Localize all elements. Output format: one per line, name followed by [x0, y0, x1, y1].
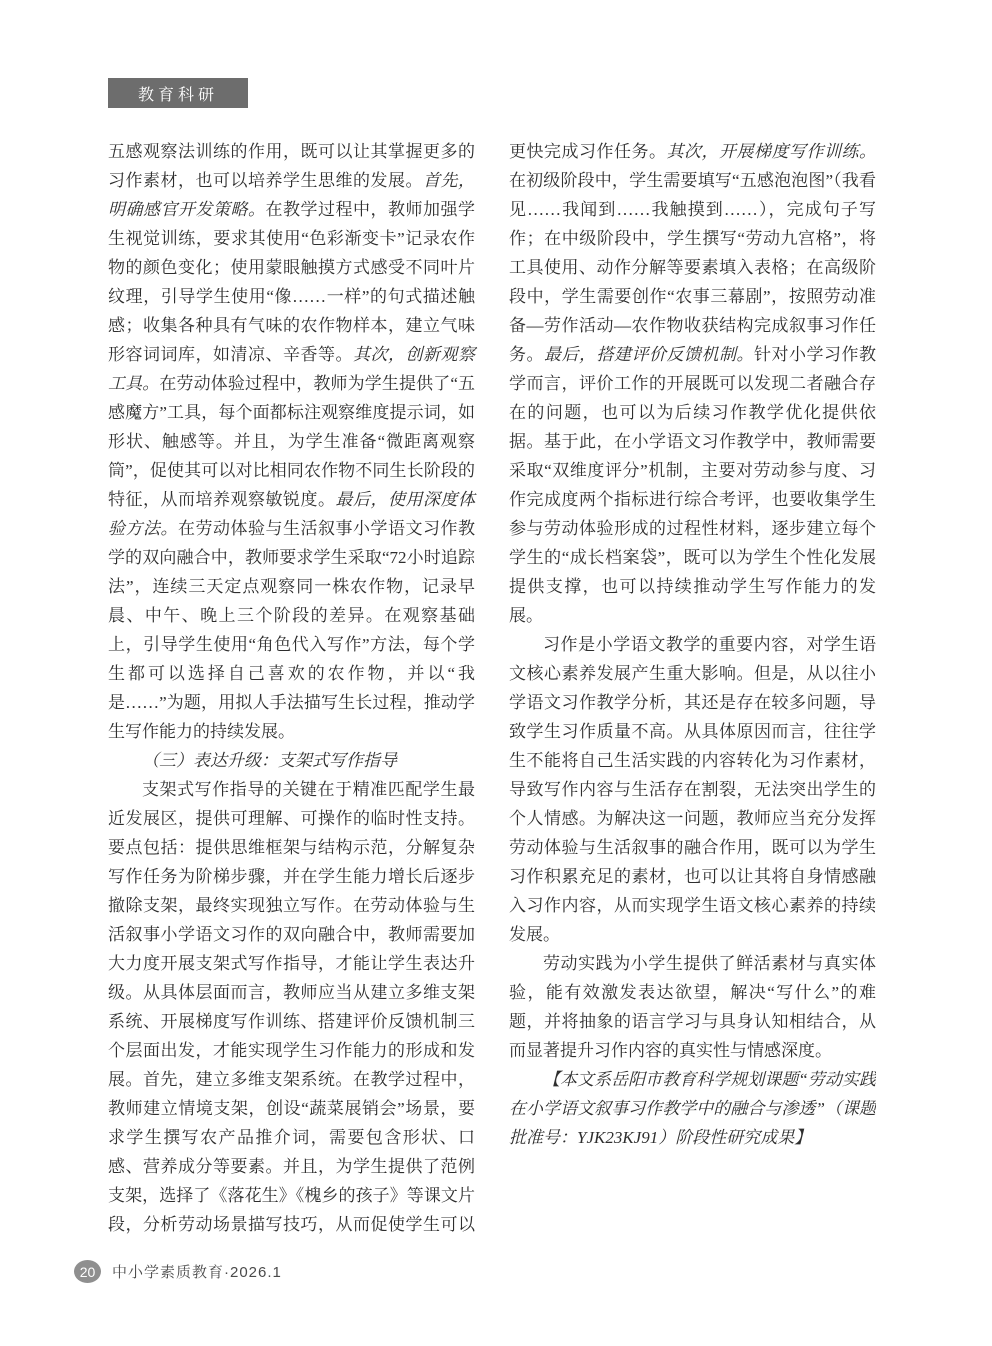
emphasis-run: （三）表达升级：支架式写作指导 — [142, 751, 397, 770]
text-run: 在教学过程中，教师加强学生视觉训练，要求其使用“色彩渐变卡”记录农作物的颜色变化… — [108, 200, 475, 364]
text-run: 劳动实践为小学生提供了鲜活素材与真实体验，能有效激发表达欲望，解决“写什么”的难… — [509, 954, 876, 1060]
page-footer: 20 中小学素质教育·2026.1 — [74, 1260, 282, 1283]
section-badge: 教育科研 — [108, 78, 248, 108]
paragraph: 劳动实践为小学生提供了鲜活素材与真实体验，能有效激发表达欲望，解决“写什么”的难… — [509, 949, 876, 1065]
text-run: 在劳动体验过程中，教师为学生提供了“五感魔方”工具，每个面都标注观察维度提示词，… — [108, 374, 475, 509]
article-body: 五感观察法训练的作用，既可以让其掌握更多的习作素材，也可以培养学生思维的发展。首… — [108, 137, 876, 1245]
paragraph: 五感观察法训练的作用，既可以让其掌握更多的习作素材，也可以培养学生思维的发展。首… — [108, 137, 475, 746]
paragraph: 【本文系岳阳市教育科学规划课题“劳动实践在小学语文叙事习作教学中的融合与渗透”（… — [509, 1065, 876, 1152]
text-run: 针对小学习作教学而言，评价工作的开展既可以发现二者融合存在的问题，也可以为后续习… — [509, 345, 876, 625]
section-badge-label: 教育科研 — [138, 82, 218, 105]
page-number: 20 — [80, 1264, 96, 1280]
section-heading: （三）表达升级：支架式写作指导 — [108, 746, 475, 775]
emphasis-run: 最后，搭建评价反馈机制。 — [544, 345, 754, 364]
text-run: 在初级阶段中，学生需要填写“五感泡泡图”（我看见……我闻到……我触摸到……），完… — [509, 171, 876, 364]
text-run: 在劳动体验与生活叙事小学语文习作教学的双向融合中，教师要求学生采取“72小时追踪… — [108, 519, 475, 741]
page-number-badge: 20 — [74, 1260, 101, 1283]
emphasis-run: 【本文系岳阳市教育科学规划课题“劳动实践在小学语文叙事习作教学中的融合与渗透”（… — [509, 1070, 876, 1147]
text-run: 习作是小学语文教学的重要内容，对学生语文核心素养发展产生重大影响。但是，从以往小… — [509, 635, 876, 944]
emphasis-run: 其次，开展梯度写作训练。 — [667, 142, 877, 161]
journal-name: 中小学素质教育·2026.1 — [112, 1261, 282, 1282]
text-run: 五感观察法训练的作用，既可以让其掌握更多的习作素材，也可以培养学生思维的发展。 — [108, 142, 475, 190]
paragraph: 习作是小学语文教学的重要内容，对学生语文核心素养发展产生重大影响。但是，从以往小… — [509, 630, 876, 949]
